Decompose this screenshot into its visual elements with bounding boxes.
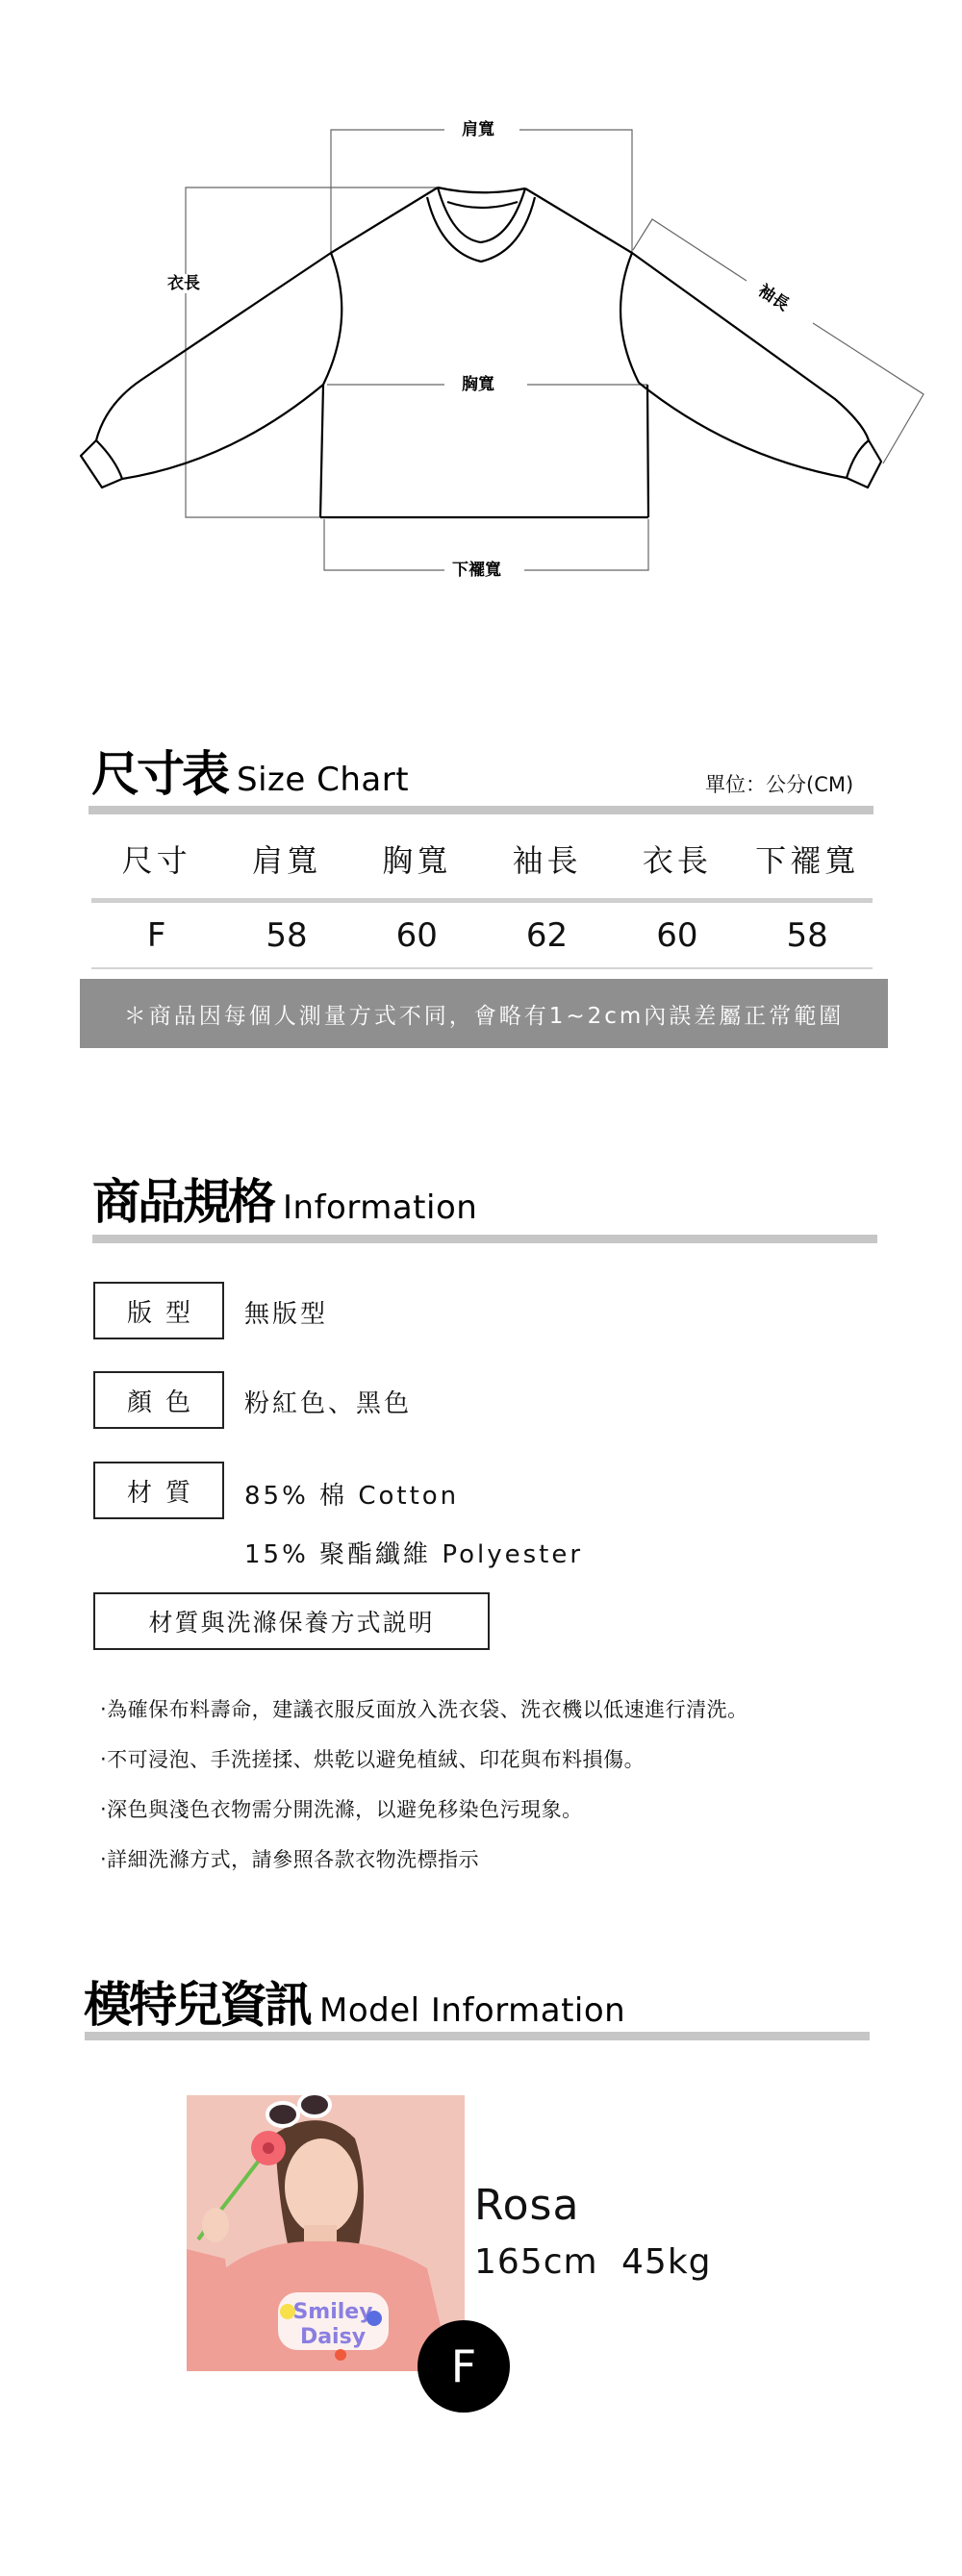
svg-text:Smiley: Smiley — [292, 2300, 372, 2324]
diagram-label-length: 衣長 — [164, 274, 204, 293]
table-bottom-rule — [91, 967, 873, 969]
header-sleeve: 袖長 — [482, 837, 612, 881]
header-chest: 胸寬 — [352, 837, 482, 881]
diagram-label-shoulder: 肩寬 — [458, 120, 498, 139]
size-chart-title-en: Size Chart — [237, 761, 409, 799]
care-instructions-heading: 材質與洗滌保養方式説明 — [93, 1592, 490, 1650]
table-row: F 58 60 62 60 58 — [91, 916, 873, 955]
header-length: 衣長 — [612, 837, 742, 881]
diagram-label-chest: 胸寬 — [458, 375, 498, 394]
model-info-divider — [85, 2032, 870, 2040]
information-title-en: Information — [283, 1188, 477, 1227]
diagram-label-hem: 下襬寬 — [448, 561, 505, 580]
size-chart-title: 尺寸表Size Chart — [91, 736, 409, 805]
size-badge: F — [418, 2320, 510, 2413]
care-item: ‧深色與淺色衣物需分開洗滌，以避免移染色污現象。 — [100, 1794, 583, 1823]
cell-chest: 60 — [352, 916, 482, 955]
model-info-title-en: Model Information — [319, 1991, 625, 2030]
care-item: ‧為確保布料壽命，建議衣服反面放入洗衣袋、洗衣機以低速進行清洗。 — [100, 1694, 748, 1723]
size-table-header: 尺寸 肩寬 胸寬 袖長 衣長 下襬寬 — [91, 837, 873, 881]
model-name: Rosa — [474, 2181, 579, 2230]
care-item: ‧詳細洗滌方式，請參照各款衣物洗標指示 — [100, 1844, 479, 1873]
spec-label-fit: 版型 — [93, 1282, 224, 1339]
unit-label: 單位：公分(CM) — [705, 769, 853, 798]
header-size: 尺寸 — [91, 837, 221, 881]
care-item: ‧不可浸泡、手洗搓揉、烘乾以避免植絨、印花與布料損傷。 — [100, 1744, 645, 1773]
information-divider — [92, 1235, 877, 1243]
spec-label-material: 材質 — [93, 1462, 224, 1519]
cell-hem: 58 — [742, 916, 872, 955]
model-photo: Smiley Daisy — [187, 2095, 465, 2371]
spec-value-fit: 無版型 — [244, 1294, 328, 1330]
table-row-divider — [91, 898, 873, 903]
cell-length: 60 — [612, 916, 742, 955]
cell-shoulder: 58 — [221, 916, 351, 955]
model-photo-illustration: Smiley Daisy — [187, 2095, 465, 2371]
information-title-zh: 商品規格 — [92, 1174, 273, 1230]
model-info-title: 模特兒資訊Model Information — [84, 1966, 625, 2036]
spec-label-color: 顏色 — [93, 1371, 224, 1429]
spec-value-material-1: 85% 棉 Cotton — [244, 1476, 459, 1512]
cell-size: F — [91, 916, 221, 955]
cell-sleeve: 62 — [482, 916, 612, 955]
information-title: 商品規格Information — [92, 1163, 477, 1233]
model-measurements: 165cm 45kg — [474, 2242, 712, 2282]
measurement-notice: ＊商品因每個人測量方式不同，會略有1~2cm內誤差屬正常範圍 — [80, 979, 888, 1048]
header-shoulder: 肩寬 — [221, 837, 351, 881]
spec-value-material-2: 15% 聚酯纖維 Polyester — [244, 1535, 583, 1570]
garment-measurement-diagram: 肩寬 衣長 袖長 胸寬 下襬寬 — [0, 0, 962, 673]
model-info-title-zh: 模特兒資訊 — [84, 1977, 310, 2033]
spec-value-color: 粉紅色、黑色 — [244, 1384, 412, 1419]
svg-text:Daisy: Daisy — [300, 2325, 366, 2349]
size-chart-title-zh: 尺寸表 — [91, 746, 227, 802]
header-hem: 下襬寬 — [742, 837, 872, 881]
size-chart-divider — [89, 806, 873, 814]
